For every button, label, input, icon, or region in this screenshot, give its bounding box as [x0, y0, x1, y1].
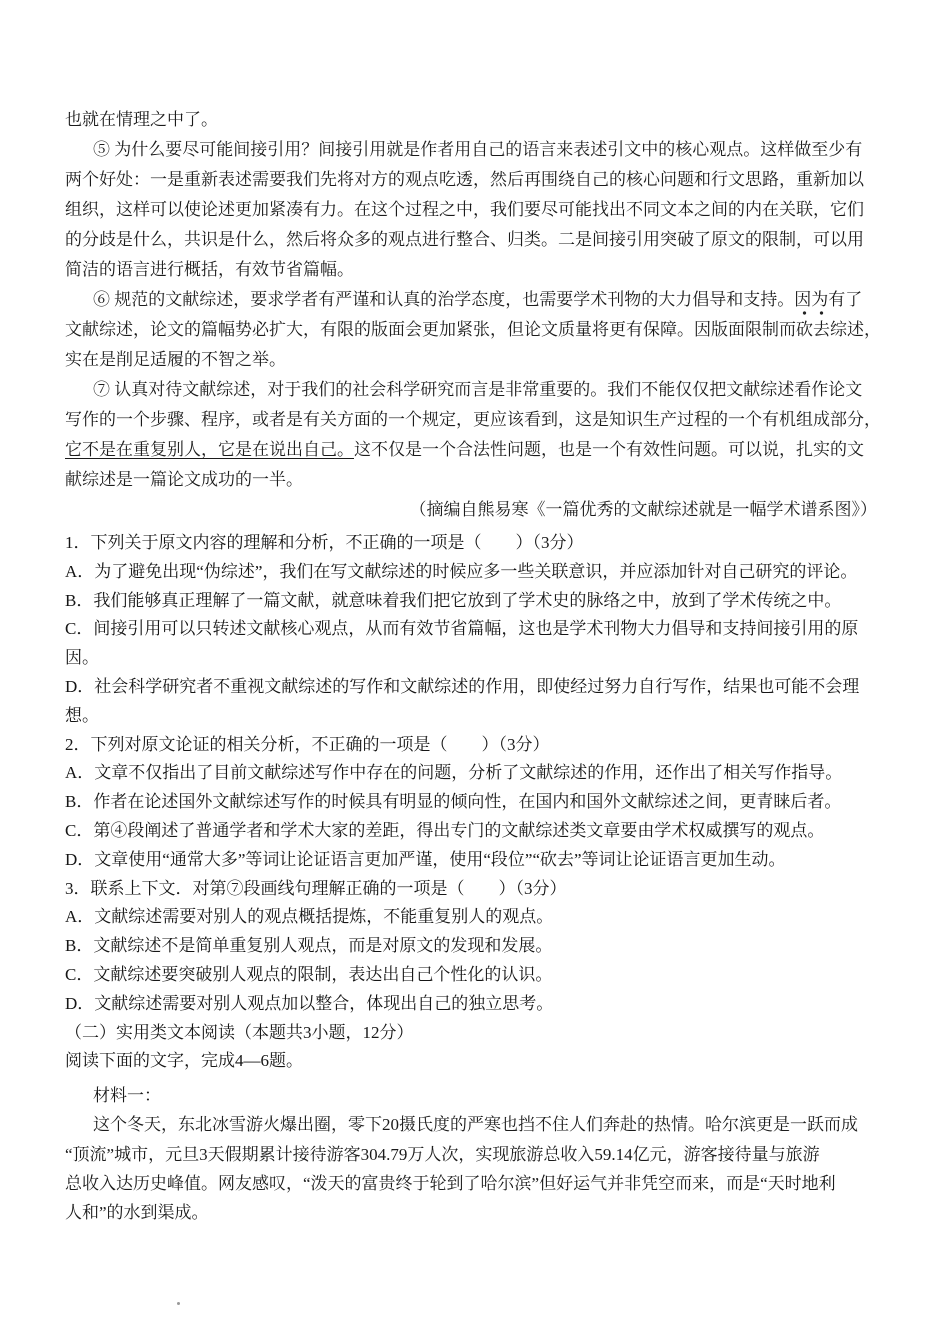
passage-paragraph7-line: ⑦ 认真对待文献综述，对于我们的社会科学研究而言是非常重要的。我们不能仅仅把文献…	[65, 375, 877, 405]
passage-paragraph6-line: 文献综述，论文的篇幅势必扩大，有限的版面会更加紧张，但论文质量将更有保障。因版面…	[65, 315, 877, 345]
material-one-line: “顶流”城市，元旦3天假期累计接待游客304.79万人次，实现旅游总收入59.1…	[65, 1140, 877, 1169]
question-2-option-b: B．作者在论述国外文献综述写作的时候具有明显的倾向性，在国内和国外文献综述之间，…	[65, 788, 877, 817]
stray-scan-mark	[177, 1302, 180, 1305]
section-2-instruction: 阅读下面的文字，完成4—6题。	[65, 1047, 877, 1076]
passage-paragraph5-line: ⑤ 为什么要尽可能间接引用？间接引用就是作者用自己的语言来表述引文中的核心观点。…	[65, 135, 877, 165]
question-1-option-c-cont: 因。	[65, 644, 877, 673]
passage-paragraph5-line: 组织，这样可以使论述更加紧凑有力。在这个过程之中，我们要尽可能找出不同文本之间的…	[65, 195, 877, 225]
section-2-heading: （二）实用类文本阅读（本题共3小题，12分）	[65, 1019, 877, 1048]
question-1-option-d: D．社会科学研究者不重视文献综述的写作和文献综述的作用，即使经过努力自行写作，结…	[65, 673, 877, 702]
material-one-line: 人和”的水到渠成。	[65, 1198, 877, 1227]
passage-paragraph5-line: 简洁的语言进行概括，有效节省篇幅。	[65, 255, 877, 285]
question-3-option-d: D．文献综述需要对别人观点加以整合，体现出自己的独立思考。	[65, 990, 877, 1019]
passage-paragraph5-line: 的分歧是什么，共识是什么，然后将众多的观点进行整合、归类。二是间接引用突破了原文…	[65, 225, 877, 255]
underlined-sentence: 它不是在重复别人，它是在说出自己。	[65, 440, 354, 459]
material-one-line: 这个冬天，东北冰雪游火爆出圈，零下20摄氏度的严寒也挡不住人们奔赴的热情。哈尔滨…	[65, 1110, 877, 1139]
passage-source-attribution: （摘编自熊易寒《一篇优秀的文献综述就是一幅学术谱系图》）	[65, 495, 877, 525]
passage-text: 综述，	[830, 320, 881, 339]
passage-paragraph6-line: 实在是削足适履的不智之举。	[65, 345, 877, 375]
material-one-line: 总收入达历史峰值。网友感叹，“泼天的富贵终于轮到了哈尔滨”但好运气并非凭空而来，…	[65, 1169, 877, 1198]
question-2-option-c: C．第④段阐述了普通学者和学术大家的差距，得出专门的文献综述类文章要由学术权威撰…	[65, 817, 877, 846]
question-2-option-a: A．文章不仅指出了目前文献综述写作中存在的问题，分析了文献综述的作用，还作出了相…	[65, 759, 877, 788]
emphasis-dotted-text: 砍去	[796, 315, 830, 345]
passage-line: 也就在情理之中了。	[65, 105, 877, 135]
question-1-option-c: C．间接引用可以只转述文献核心观点，从而有效节省篇幅，这也是学术刊物大力倡导和支…	[65, 615, 877, 644]
passage-paragraph7-line: 它不是在重复别人，它是在说出自己。这不仅是一个合法性问题，也是一个有效性问题。可…	[65, 435, 877, 465]
question-3-option-a: A．文献综述需要对别人的观点概括提炼，不能重复别人的观点。	[65, 903, 877, 932]
passage-text: 文献综述，论文的篇幅势必扩大，有限的版面会更加紧张，但论文质量将更有保障。因版面…	[65, 320, 796, 339]
exam-paper-page: 也就在情理之中了。 ⑤ 为什么要尽可能间接引用？间接引用就是作者用自己的语言来表…	[0, 0, 950, 1344]
question-block: 1．下列关于原文内容的理解和分析，不正确的一项是（ ）（3分） A．为了避免出现…	[65, 529, 877, 1076]
question-3-stem: 3．联系上下文．对第⑦段画线句理解正确的一项是（ ）（3分）	[65, 875, 877, 904]
passage-paragraph7-line: 写作的一个步骤、程序，或者是有关方面的一个规定，更应该看到，这是知识生产过程的一…	[65, 405, 877, 435]
material-one-label: 材料一：	[65, 1081, 877, 1110]
passage-paragraph5-line: 两个好处：一是重新表述需要我们先将对方的观点吃透，然后再围绕自己的核心问题和行文…	[65, 165, 877, 195]
question-3-option-b: B．文献综述不是简单重复别人观点，而是对原文的发现和发展。	[65, 932, 877, 961]
material-one: 材料一： 这个冬天，东北冰雪游火爆出圈，零下20摄氏度的严寒也挡不住人们奔赴的热…	[65, 1081, 877, 1227]
passage-text: 这不仅是一个合法性问题，也是一个有效性问题。可以说，扎实的文	[354, 440, 864, 459]
question-2-stem: 2．下列对原文论证的相关分析，不正确的一项是（ ）（3分）	[65, 731, 877, 760]
question-1-option-d-cont: 想。	[65, 702, 877, 731]
question-2-option-d: D．文章使用“通常大多”等词让论证语言更加严谨，使用“段位”“砍去”等词让论证语…	[65, 846, 877, 875]
reading-passage: 也就在情理之中了。 ⑤ 为什么要尽可能间接引用？间接引用就是作者用自己的语言来表…	[65, 105, 877, 525]
passage-paragraph6-line: ⑥ 规范的文献综述，要求学者有严谨和认真的治学态度，也需要学术刊物的大力倡导和支…	[65, 285, 877, 315]
page-content: 也就在情理之中了。 ⑤ 为什么要尽可能间接引用？间接引用就是作者用自己的语言来表…	[65, 105, 877, 1227]
question-1-stem: 1．下列关于原文内容的理解和分析，不正确的一项是（ ）（3分）	[65, 529, 877, 558]
question-3-option-c: C．文献综述要突破别人观点的限制，表达出自己个性化的认识。	[65, 961, 877, 990]
question-1-option-b: B．我们能够真正理解了一篇文献，就意味着我们把它放到了学术史的脉络之中，放到了学…	[65, 587, 877, 616]
question-1-option-a: A．为了避免出现“伪综述”，我们在写文献综述的时候应多一些关联意识，并应添加针对…	[65, 558, 877, 587]
passage-paragraph7-line: 献综述是一篇论文成功的一半。	[65, 465, 877, 495]
